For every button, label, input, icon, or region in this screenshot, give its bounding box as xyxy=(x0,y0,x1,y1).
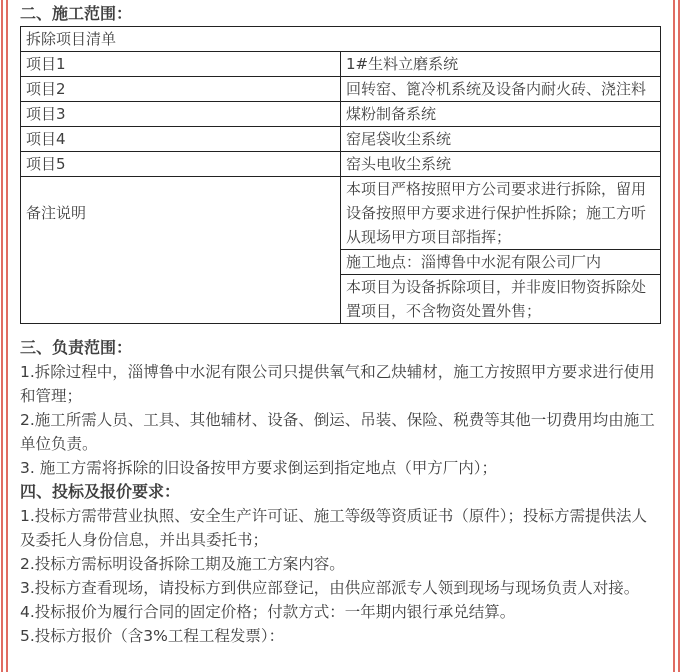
section-4-heading: 四、投标及报价要求： xyxy=(20,480,661,504)
left-border-outer xyxy=(1,0,3,672)
item-label: 项目5 xyxy=(21,152,341,177)
table-row: 项目2 回转窑、篦冷机系统及设备内耐火砖、浇注料 xyxy=(21,77,661,102)
item-label: 项目2 xyxy=(21,77,341,102)
section-4: 四、投标及报价要求： 1.投标方需带营业执照、安全生产许可证、施工等级等资质证书… xyxy=(20,480,661,648)
remarks-label: 备注说明 xyxy=(21,177,341,324)
remark-text: 本项目为设备拆除项目，并非废旧物资拆除处置项目，不含物资处置外售； xyxy=(341,275,661,324)
section-3-heading: 三、负责范围： xyxy=(20,336,661,360)
demolition-items-table: 拆除项目清单 项目1 1#生料立磨系统 项目2 回转窑、篦冷机系统及设备内耐火砖… xyxy=(20,26,661,324)
table-title: 拆除项目清单 xyxy=(21,27,661,52)
table-row: 项目3 煤粉制备系统 xyxy=(21,102,661,127)
item-value: 窑头电收尘系统 xyxy=(341,152,661,177)
item-label: 项目1 xyxy=(21,52,341,77)
item-value: 窑尾袋收尘系统 xyxy=(341,127,661,152)
list-item: 1.拆除过程中，淄博鲁中水泥有限公司只提供氧气和乙炔辅材，施工方按照甲方要求进行… xyxy=(20,360,661,408)
left-border-inner xyxy=(6,0,8,672)
list-item: 2.施工所需人员、工具、其他辅材、设备、倒运、吊装、保险、税费等其他一切费用均由… xyxy=(20,408,661,456)
item-label: 项目3 xyxy=(21,102,341,127)
remark-text: 本项目严格按照甲方公司要求进行拆除，留用设备按照甲方要求进行保护性拆除；施工方听… xyxy=(341,177,661,250)
remark-text: 施工地点：淄博鲁中水泥有限公司厂内 xyxy=(341,250,661,275)
table-title-row: 拆除项目清单 xyxy=(21,27,661,52)
right-border-inner xyxy=(673,0,675,672)
list-item: 3. 施工方需将拆除的旧设备按甲方要求倒运到指定地点（甲方厂内）； xyxy=(20,456,661,480)
item-value: 回转窑、篦冷机系统及设备内耐火砖、浇注料 xyxy=(341,77,661,102)
table-row: 项目4 窑尾袋收尘系统 xyxy=(21,127,661,152)
right-border-outer xyxy=(678,0,680,672)
item-value: 1#生料立磨系统 xyxy=(341,52,661,77)
list-item: 5.投标方报价（含3%工程工程发票）： xyxy=(20,624,661,648)
item-label: 项目4 xyxy=(21,127,341,152)
item-value: 煤粉制备系统 xyxy=(341,102,661,127)
section-2-heading: 二、施工范围： xyxy=(20,2,132,26)
list-item: 1.投标方需带营业执照、安全生产许可证、施工等级等资质证书（原件）；投标方需提供… xyxy=(20,504,661,552)
list-item: 2.投标方需标明设备拆除工期及施工方案内容。 xyxy=(20,552,661,576)
table-row: 项目5 窑头电收尘系统 xyxy=(21,152,661,177)
list-item: 4.投标报价为履行合同的固定价格；付款方式：一年期内银行承兑结算。 xyxy=(20,600,661,624)
remarks-row: 备注说明 本项目严格按照甲方公司要求进行拆除，留用设备按照甲方要求进行保护性拆除… xyxy=(21,177,661,250)
section-3: 三、负责范围： 1.拆除过程中，淄博鲁中水泥有限公司只提供氧气和乙炔辅材，施工方… xyxy=(20,336,661,480)
list-item: 3.投标方查看现场，请投标方到供应部登记，由供应部派专人领到现场与现场负责人对接… xyxy=(20,576,661,600)
table-row: 项目1 1#生料立磨系统 xyxy=(21,52,661,77)
